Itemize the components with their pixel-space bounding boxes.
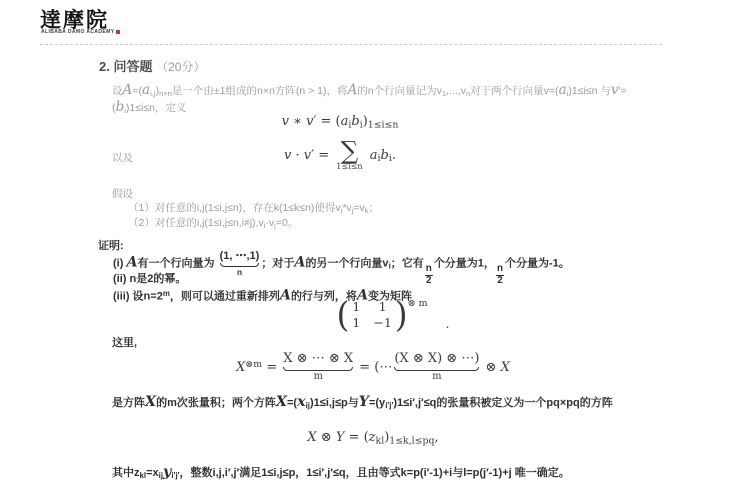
logo-caption: ALIBABA DAMO ACADEMY	[41, 29, 120, 35]
logo-caption-text: ALIBABA DAMO ACADEMY	[41, 29, 114, 35]
question-title: 2. 问答题 （20分）	[99, 56, 205, 75]
logo-seal-icon	[116, 30, 120, 34]
formula-tensor-product: X ⊗ Y = (zkl)1≤k,l≤pq,	[113, 430, 633, 446]
formula-componentwise-product: v ∗ v′ = (aibi)1≤i≤n	[160, 114, 520, 130]
label-yiji: 以及	[112, 151, 133, 166]
question-number: 2. 问答题	[99, 59, 152, 74]
label-jiashe: 假设	[112, 187, 133, 202]
document-page: 達摩院 ALIBABA DAMO ACADEMY 2. 问答题 （20分） 设A…	[0, 0, 739, 502]
tensor-definition-paragraph: 是方阵X的m次张量积；两个方阵X=(xij)1≤i,j≤p与Y=(yi′j′)1…	[112, 395, 660, 414]
header-divider	[40, 44, 662, 45]
question-intro: 设A=(ai,j)n×n是一个由±1组成的n×n方阵(n > 1)，将A的n个行…	[112, 84, 654, 118]
label-here: 这里,	[112, 336, 137, 351]
proof-item-ii: (ii) n是2的幂。	[113, 272, 698, 287]
formula-base-matrix: ( 1 1 1 −1 ) ⊗ m .	[113, 298, 673, 331]
matrix-cell: 1	[352, 299, 360, 315]
question-score: （20分）	[156, 60, 205, 74]
right-paren: )	[395, 297, 408, 332]
matrix-cells: 1 1 1 −1	[352, 299, 391, 330]
matrix-cell: 1	[352, 315, 360, 331]
matrix-period: .	[446, 317, 450, 331]
formula-tensor-power: X⊗m = X ⊗ ⋯ ⊗ Xm = (⋯(X ⊗ X) ⊗ ⋯)m ⊗ X	[113, 352, 633, 383]
condition-2: （2）对任意的i,j(1≤i,j≤n,i≠j),vi·vj=0。	[128, 216, 688, 233]
formula-dot-product: v · v′ = ∑1≤i≤n aibi.	[160, 139, 520, 172]
left-paren: (	[337, 297, 350, 332]
matrix-cell: −1	[373, 315, 391, 331]
matrix-exponent: ⊗ m	[408, 298, 428, 309]
final-paragraph: 其中zkl=xijyi′j′，整数i,j,i′,j′满足1≤i,j≤p，1≤i′…	[112, 465, 724, 483]
matrix-cell: 1	[373, 299, 391, 315]
matrix: ( 1 1 1 −1 ) ⊗ m .	[337, 298, 450, 331]
